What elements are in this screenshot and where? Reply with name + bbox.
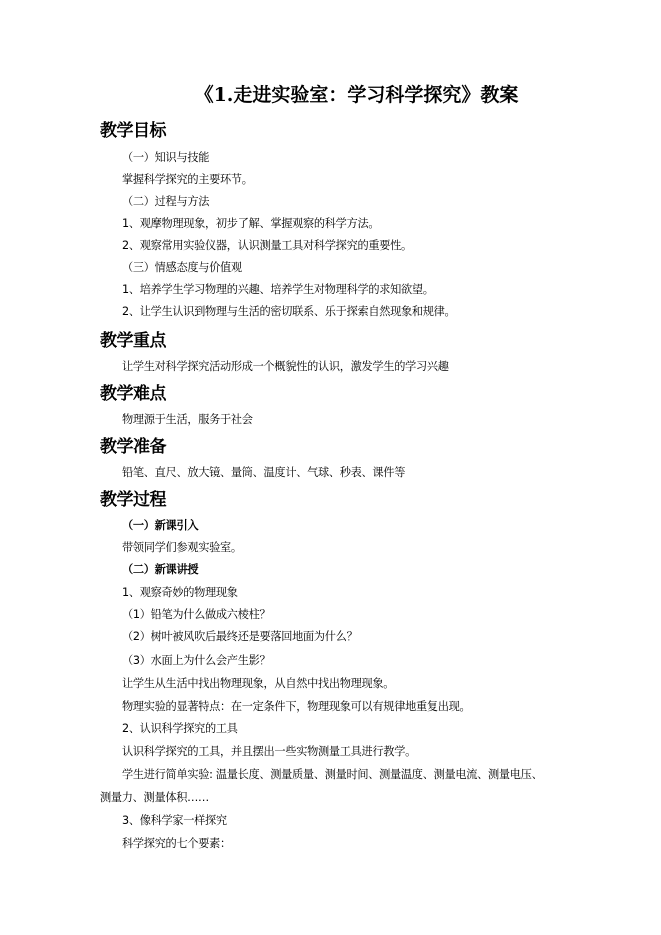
document-page: 《1.走进实验室：学习科学探究》教案 教学目标 （一）知识与技能 掌握科学探究的…	[0, 0, 661, 935]
process-line: （2）树叶被风吹后最终还是要落回地面为什么？	[122, 628, 357, 644]
goals-sub2: （二）过程与方法	[122, 193, 209, 209]
process-line: 1、观察奇妙的物理现象	[122, 584, 238, 600]
process-part2: （二）新课讲授	[122, 561, 198, 577]
heading-focus: 教学重点	[100, 326, 166, 351]
process-line: 学生进行简单实验: 温量长度、测量质量、测量时间、测量温度、测量电流、测量电压、	[122, 766, 542, 782]
goals-sub3: （三）情感态度与价值观	[122, 259, 242, 275]
goals-sub1-text: 掌握科学探究的主要环节。	[122, 171, 253, 187]
process-part1-text: 带领同学们参观实验室。	[122, 539, 242, 555]
process-line: （1）铅笔为什么做成六棱柱？	[122, 606, 270, 622]
difficulty-text: 物理源于生活，服务于社会	[122, 411, 253, 427]
process-line: （3）水面上为什么会产生影？	[122, 652, 270, 668]
focus-text: 让学生对科学探究活动形成一个概貌性的认识，激发学生的学习兴趣	[122, 358, 449, 374]
heading-difficulty: 教学难点	[100, 379, 166, 404]
heading-goals: 教学目标	[100, 116, 166, 141]
document-title: 《1.走进实验室：学习科学探究》教案	[0, 80, 661, 107]
process-line: 认识科学探究的工具，并且摆出一些实物测量工具进行教学。	[122, 743, 416, 759]
goals-sub2-item: 1、观摩物理现象，初步了解、掌握观察的科学方法。	[122, 215, 379, 231]
preparation-text: 铅笔、直尺、放大镜、量筒、温度计、气球、秒表、课件等	[122, 464, 405, 480]
process-line: 2、认识科学探究的工具	[122, 720, 238, 736]
process-part1: （一）新课引入	[122, 517, 198, 533]
process-line: 3、像科学家一样探究	[122, 812, 227, 828]
heading-preparation: 教学准备	[100, 432, 166, 457]
heading-process: 教学过程	[100, 485, 166, 510]
goals-sub3-item: 1、培养学生学习物理的兴趣、培养学生对物理科学的求知欲望。	[122, 281, 434, 297]
process-line: 科学探究的七个要素：	[122, 835, 231, 851]
goals-sub1: （一）知识与技能	[122, 149, 209, 165]
goals-sub3-item: 2、让学生认识到物理与生活的密切联系、乐于探索自然现象和规律。	[122, 303, 455, 319]
goals-sub2-item: 2、观察常用实验仪器，认识测量工具对科学探究的重要性。	[122, 237, 412, 253]
process-line: 让学生从生活中找出物理现象，从自然中找出物理现象。	[122, 675, 394, 691]
process-line: 物理实验的显著特点：在一定条件下，物理现象可以有规律地重复出现。	[122, 698, 470, 714]
process-line: 测量力、测量体积……	[100, 789, 209, 805]
